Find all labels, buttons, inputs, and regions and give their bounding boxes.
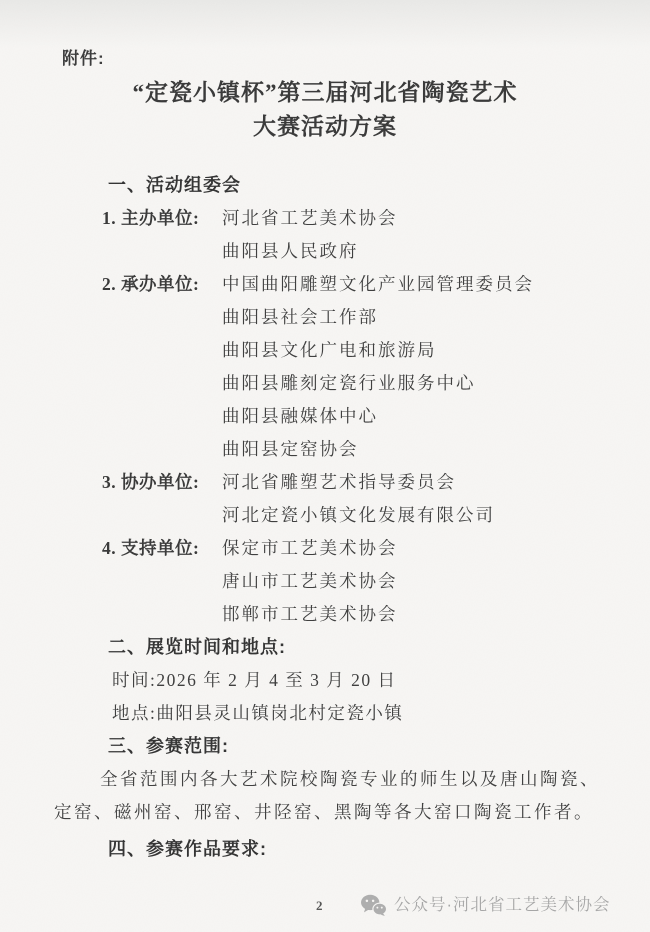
- wechat-icon: [360, 894, 387, 916]
- footer-brand: 公众号·河北省工艺美术协会: [360, 890, 611, 920]
- document-title-line2: 大赛活动方案: [0, 108, 650, 141]
- org-line: 曲阳县人民政府: [222, 235, 398, 268]
- org-line: 曲阳县社会工作部: [222, 301, 534, 334]
- org-line: 曲阳县文化广电和旅游局: [222, 334, 534, 367]
- footer-brand-text: 公众号·河北省工艺美术协会: [394, 890, 611, 920]
- org-line: 河北定瓷小镇文化发展有限公司: [222, 499, 495, 532]
- page-footer: 2 公众号·河北省工艺美术协会: [0, 890, 650, 924]
- org-line: 唐山市工艺美术协会: [222, 565, 398, 598]
- section-heading-1: 一、活动组委会: [0, 169, 650, 202]
- org-item-organizer: 2. 承办单位: 中国曲阳雕塑文化产业园管理委员会 曲阳县社会工作部 曲阳县文化…: [0, 268, 650, 466]
- org-line: 曲阳县融媒体中心: [222, 400, 534, 433]
- org-line: 曲阳县雕刻定瓷行业服务中心: [222, 367, 534, 400]
- exhibition-time-line: 时间:2026 年 2 月 4 至 3 月 20 日: [0, 664, 650, 697]
- page-number: 2: [316, 898, 323, 914]
- attachment-label: 附件:: [62, 44, 105, 69]
- item-label: 3. 协办单位:: [102, 466, 222, 532]
- section-heading-4: 四、参赛作品要求:: [0, 833, 650, 866]
- item-label: 4. 支持单位:: [102, 532, 222, 631]
- document-body: 一、活动组委会 1. 主办单位: 河北省工艺美术协会 曲阳县人民政府 2. 承办…: [0, 169, 650, 866]
- org-line: 保定市工艺美术协会: [222, 532, 398, 565]
- item-label: 1. 主办单位:: [102, 202, 222, 268]
- scanned-document-page: 附件: “定瓷小镇杯”第三届河北省陶瓷艺术 大赛活动方案 一、活动组委会 1. …: [0, 0, 650, 932]
- section-heading-3: 三、参赛范围:: [0, 730, 650, 763]
- org-line: 中国曲阳雕塑文化产业园管理委员会: [222, 268, 534, 301]
- org-line: 河北省雕塑艺术指导委员会: [222, 466, 495, 499]
- section-heading-2: 二、展览时间和地点:: [0, 631, 650, 664]
- org-item-coorganizer: 3. 协办单位: 河北省雕塑艺术指导委员会 河北定瓷小镇文化发展有限公司: [0, 466, 650, 532]
- document-title-line1: “定瓷小镇杯”第三届河北省陶瓷艺术: [0, 74, 650, 107]
- org-line: 河北省工艺美术协会: [222, 202, 398, 235]
- org-line: 曲阳县定窑协会: [222, 433, 534, 466]
- item-label: 2. 承办单位:: [102, 268, 222, 466]
- org-item-host: 1. 主办单位: 河北省工艺美术协会 曲阳县人民政府: [0, 202, 650, 268]
- scope-paragraph: 全省范围内各大艺术院校陶瓷专业的师生以及唐山陶瓷、定窑、磁州窑、邢窑、井陉窑、黑…: [54, 763, 600, 829]
- org-line: 邯郸市工艺美术协会: [222, 598, 398, 631]
- exhibition-place-line: 地点:曲阳县灵山镇岗北村定瓷小镇: [0, 697, 650, 730]
- org-item-supporter: 4. 支持单位: 保定市工艺美术协会 唐山市工艺美术协会 邯郸市工艺美术协会: [0, 532, 650, 631]
